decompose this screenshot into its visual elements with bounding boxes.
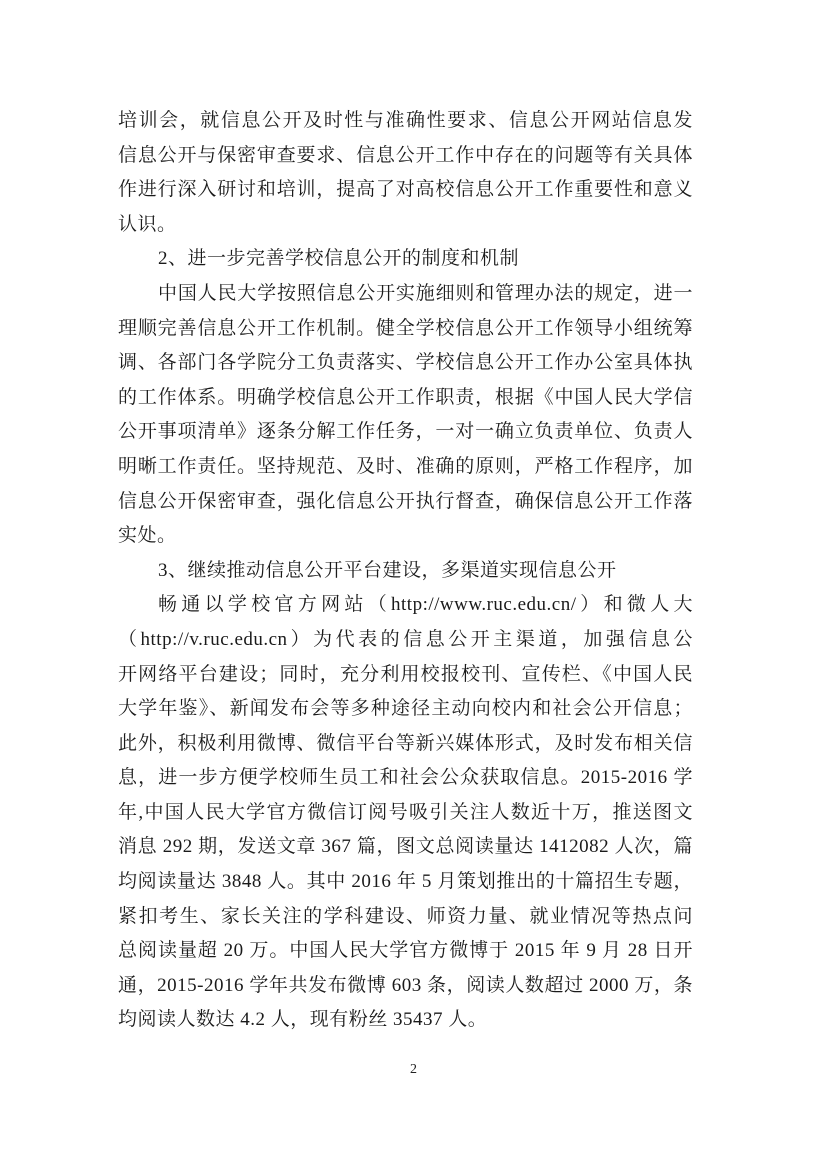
text-line: 3、继续推动信息公开平台建设，多渠道实现信息公开 bbox=[118, 554, 693, 589]
text-line: 消息 292 期，发送文章 367 篇，图文总阅读量达 1412082 人次，篇 bbox=[118, 830, 693, 865]
text-line: 培训会，就信息公开及时性与准确性要求、信息公开网站信息发布、 bbox=[118, 104, 693, 139]
document-page: 培训会，就信息公开及时性与准确性要求、信息公开网站信息发布、信息公开与保密审查要… bbox=[0, 0, 827, 1170]
text-line: 信息公开与保密审查要求、信息公开工作中存在的问题等有关具体工 bbox=[118, 139, 693, 174]
text-line: 年,中国人民大学官方微信订阅号吸引关注人数近十万，推送图文 bbox=[118, 796, 693, 831]
text-line: 均阅读人数达 4.2 人，现有粉丝 35437 人。 bbox=[118, 1003, 693, 1038]
text-line: 中国人民大学按照信息公开实施细则和管理办法的规定，进一步 bbox=[118, 277, 693, 312]
text-line: 总阅读量超 20 万。中国人民大学官方微博于 2015 年 9 月 28 日开 bbox=[118, 934, 693, 969]
text-line: 均阅读量达 3848 人。其中 2016 年 5 月策划推出的十篇招生专题， bbox=[118, 865, 693, 900]
text-line: 开网络平台建设；同时，充分利用校报校刊、宣传栏、《中国人民 bbox=[118, 658, 693, 693]
text-line: 明晰工作责任。坚持规范、及时、准确的原则，严格工作程序，加强 bbox=[118, 450, 693, 485]
text-line: 公开事项清单》逐条分解工作任务，一对一确立负责单位、负责人员， bbox=[118, 415, 693, 450]
text-line: 紧扣考生、家长关注的学科建设、师资力量、就业情况等热点问题， bbox=[118, 900, 693, 935]
text-line: 调、各部门各学院分工负责落实、学校信息公开工作办公室具体执行 bbox=[118, 346, 693, 381]
text-line: （http://v.ruc.edu.cn）为代表的信息公开主渠道，加强信息公 bbox=[118, 623, 693, 658]
text-line: 信息公开保密审查，强化信息公开执行督查，确保信息公开工作落到 bbox=[118, 485, 693, 520]
document-body: 培训会，就信息公开及时性与准确性要求、信息公开网站信息发布、信息公开与保密审查要… bbox=[118, 104, 693, 1038]
text-line: 息，进一步方便学校师生员工和社会公众获取信息。2015-2016 学 bbox=[118, 761, 693, 796]
text-line: 认识。 bbox=[118, 208, 693, 243]
text-line: 大学年鉴》、新闻发布会等多种途径主动向校内和社会公开信息； bbox=[118, 692, 693, 727]
text-line: 的工作体系。明确学校信息公开工作职责，根据《中国人民大学信息 bbox=[118, 381, 693, 416]
text-line: 理顺完善信息公开工作机制。健全学校信息公开工作领导小组统筹协 bbox=[118, 312, 693, 347]
text-line: 2、进一步完善学校信息公开的制度和机制 bbox=[118, 242, 693, 277]
text-line: 作进行深入研讨和培训，提高了对高校信息公开工作重要性和意义的 bbox=[118, 173, 693, 208]
text-line: 此外，积极利用微博、微信平台等新兴媒体形式，及时发布相关信 bbox=[118, 727, 693, 762]
text-line: 通，2015-2016 学年共发布微博 603 条，阅读人数超过 2000 万，… bbox=[118, 969, 693, 1004]
text-line: 实处。 bbox=[118, 519, 693, 554]
page-number: 2 bbox=[0, 1060, 827, 1080]
text-line: 畅通以学校官方网站（http://www.ruc.edu.cn/）和微人大 bbox=[118, 588, 693, 623]
